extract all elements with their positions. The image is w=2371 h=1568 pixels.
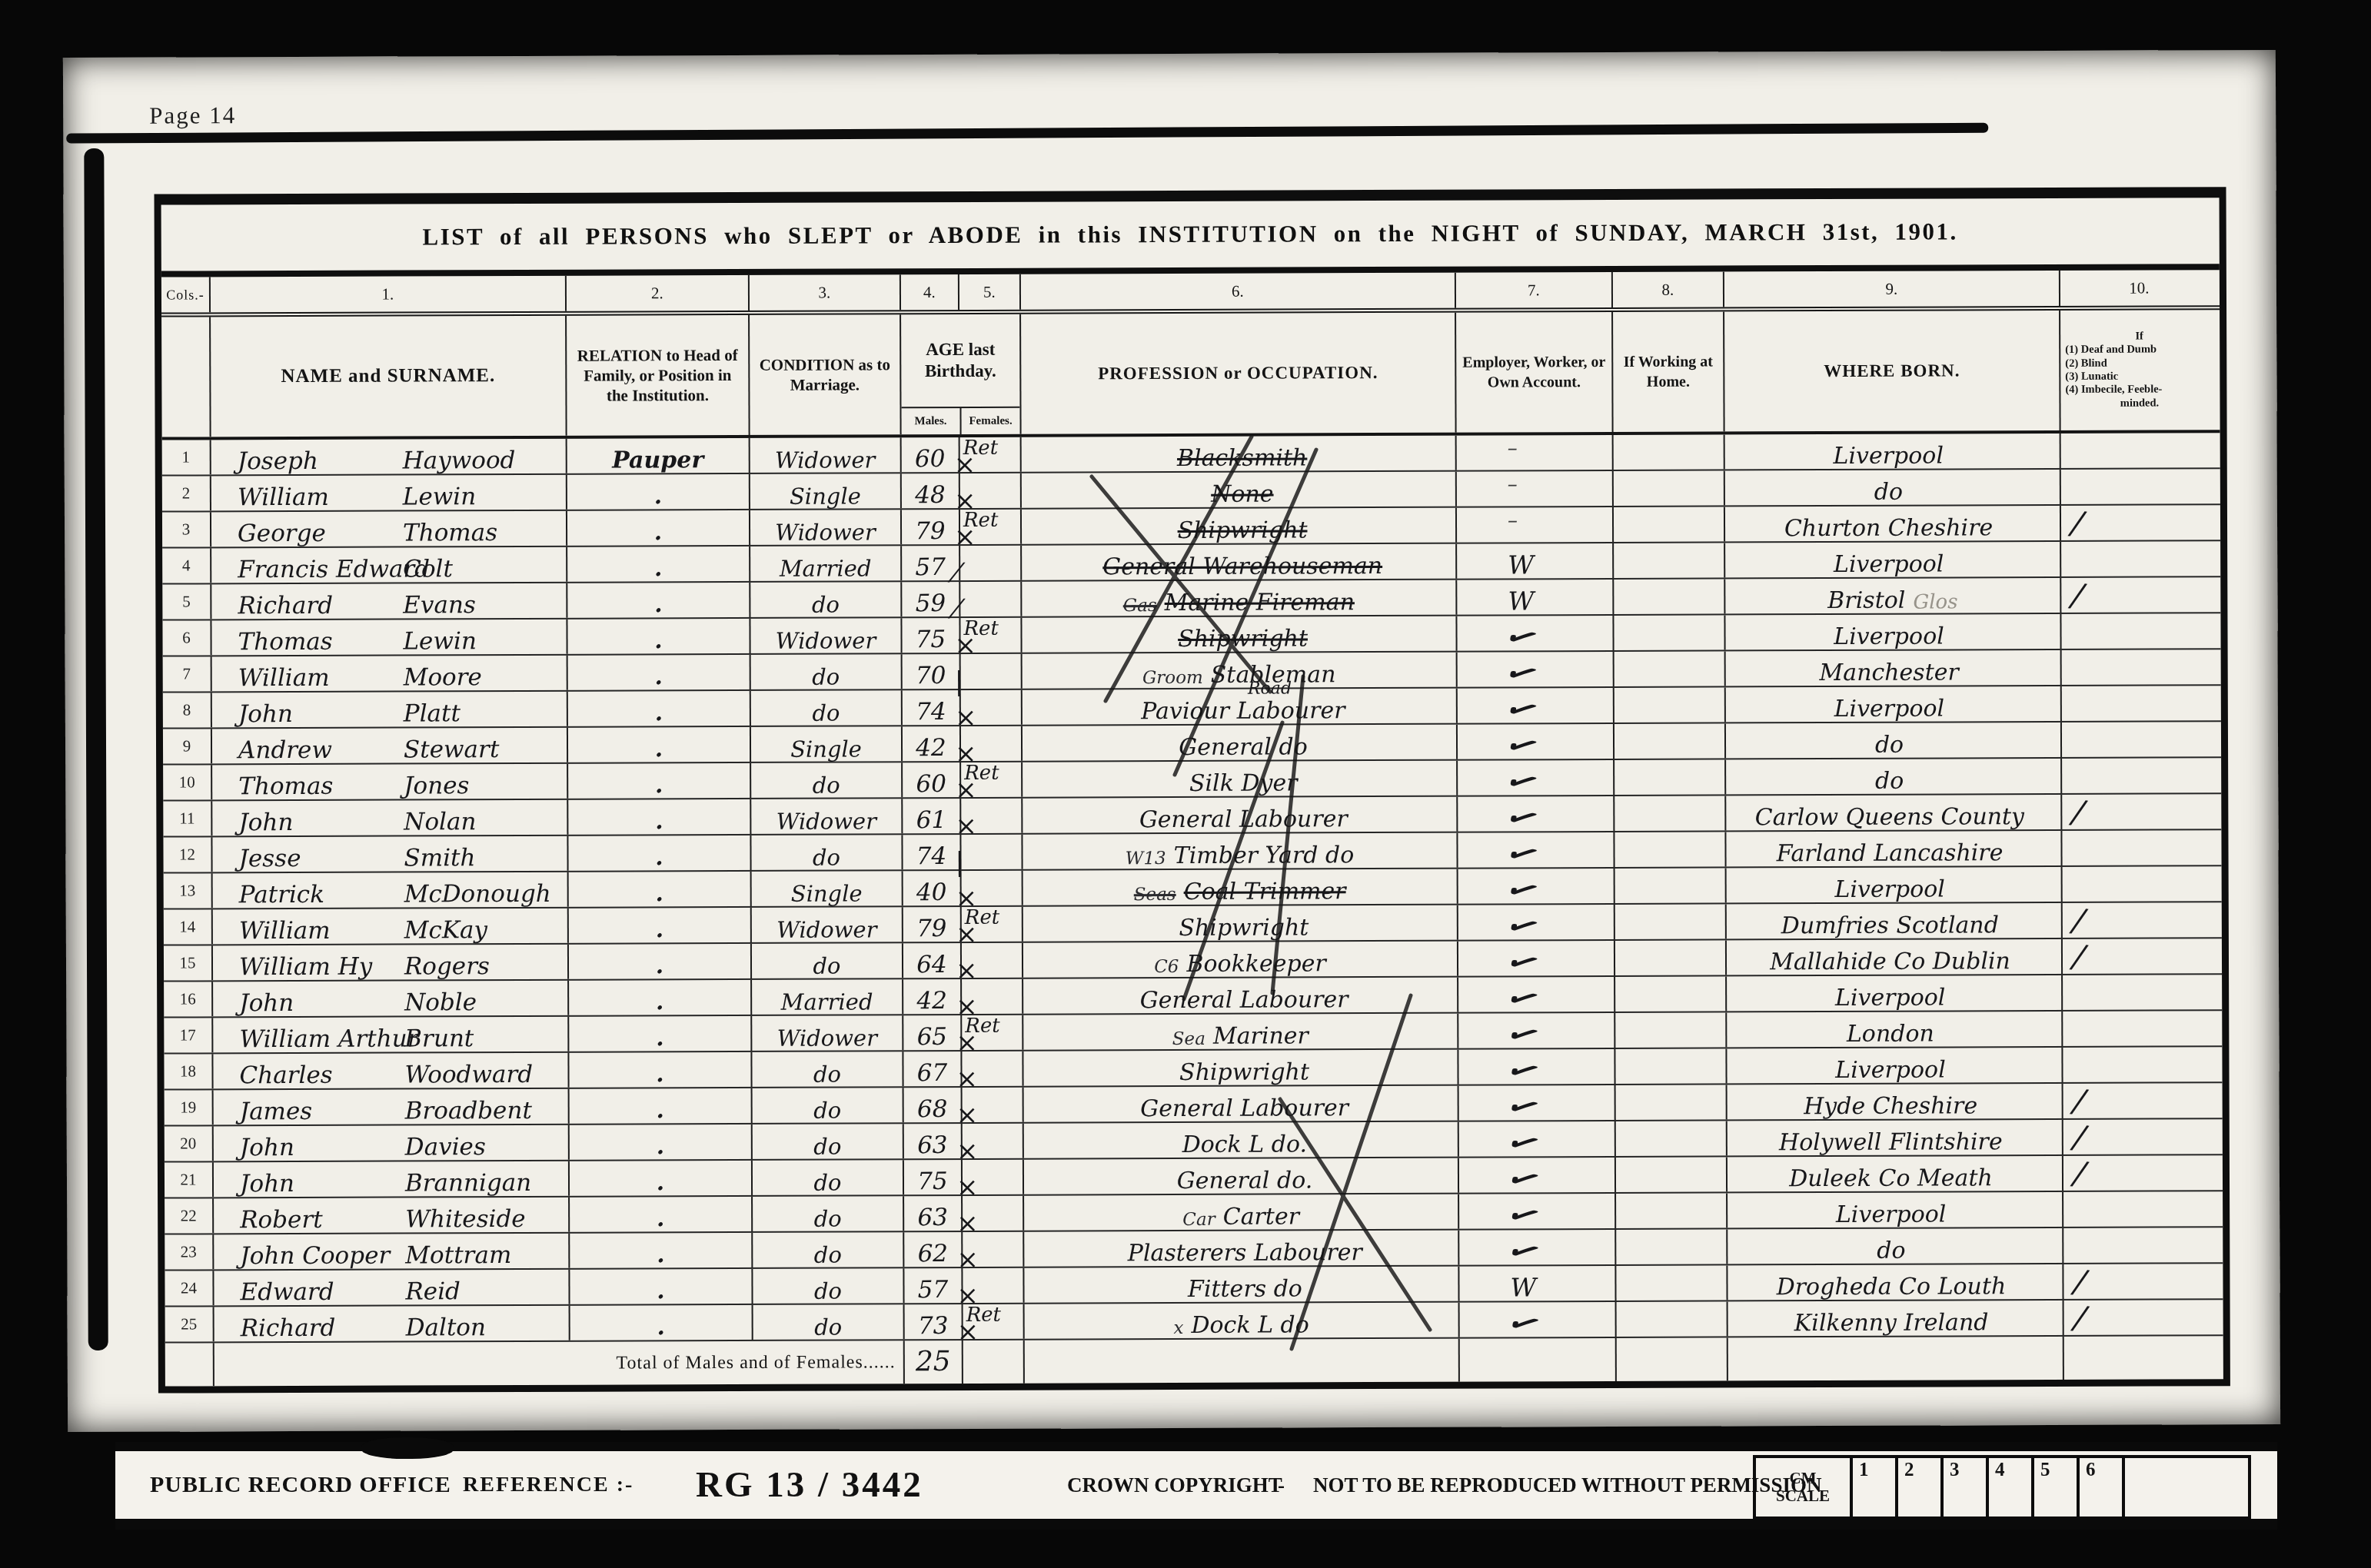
- row-number: 10: [163, 772, 211, 792]
- name-cell: Patrick McDonough: [211, 872, 567, 909]
- relation-cell: .: [567, 1052, 750, 1088]
- cm-tick: 6: [2077, 1458, 2122, 1517]
- first-name: Andrew: [238, 739, 332, 762]
- relation-cell: .: [566, 474, 749, 510]
- occupation-value: Shipwright: [1179, 916, 1309, 940]
- row-number: 23: [165, 1242, 212, 1261]
- first-name: Patrick: [239, 883, 324, 907]
- row-number: 3: [162, 520, 210, 539]
- age-value: 62: [918, 1242, 949, 1266]
- occupation-value: Shipwright: [1179, 1061, 1309, 1085]
- condition-value: do: [813, 775, 840, 797]
- where-born-value: Liverpool: [1833, 444, 1944, 468]
- relation-cell: .: [566, 619, 749, 654]
- name-cell: James Broadbent: [212, 1089, 568, 1125]
- occupation-value: General do.: [1177, 1169, 1313, 1193]
- row-number: 13: [164, 881, 211, 900]
- infirmity-cell: [2060, 469, 2219, 504]
- name-cell: Jesse Smith: [211, 836, 567, 872]
- infirmity-line: If: [2135, 330, 2143, 343]
- occupation-cell: General Warehouseman: [1020, 544, 1455, 580]
- employer-worker-cell: ✓: [1456, 796, 1613, 832]
- first-name: Richard: [241, 1317, 336, 1340]
- where-born-note: Glos: [1913, 592, 1957, 612]
- age-males-cell: 70: [901, 654, 959, 689]
- employer-worker-cell: –: [1455, 435, 1612, 470]
- employer-worker-mark: –: [1508, 438, 1518, 458]
- first-name: Joseph: [238, 450, 318, 473]
- where-born-cell: do: [1724, 759, 2060, 795]
- row-number: 18: [164, 1061, 211, 1081]
- where-born-value: Liverpool: [1836, 1203, 1947, 1227]
- occupation-cell: General Labourer: [1022, 978, 1457, 1014]
- census-table: LIST of all PERSONS who SLEPT or ABODE i…: [155, 187, 2230, 1393]
- relation-cell: .: [566, 546, 749, 582]
- enumerator-cross-mark: ×: [955, 813, 977, 839]
- row-number-cell: 2: [162, 476, 210, 510]
- infirmity-cell: [2060, 433, 2219, 468]
- occupation-prefix: Groom: [1142, 669, 1203, 687]
- occupation-cell: Sea Mariner: [1022, 1014, 1457, 1050]
- where-born-value: do: [1875, 770, 1904, 793]
- row-number-cell: 9: [163, 729, 211, 763]
- employer-worker-mark: ✓: [1501, 728, 1538, 762]
- where-born-value: do: [1874, 481, 1903, 504]
- cm-scale-label: CM SCALE: [1756, 1458, 1850, 1517]
- relation-value: .: [657, 1244, 665, 1267]
- first-name: Edward: [240, 1281, 334, 1304]
- condition-value: do: [814, 1317, 842, 1339]
- where-born-value: Manchester: [1819, 661, 1958, 685]
- row-number-cell: 22: [165, 1198, 212, 1233]
- relation-cell: .: [567, 763, 750, 799]
- row-number-cell: 15: [164, 945, 211, 980]
- microfilm-scan: Page 14 LIST of all PERSONS who SLEPT or…: [0, 0, 2371, 1568]
- page-number-label: Page 14: [149, 101, 236, 129]
- relation-value: .: [657, 1171, 665, 1194]
- working-at-home-cell: [1614, 976, 1725, 1012]
- where-born-cell: Farland Lancashire: [1724, 831, 2060, 867]
- occupation-cell: Fitters do: [1023, 1267, 1458, 1303]
- name-cell: Thomas Jones: [211, 764, 567, 800]
- name-cell: William Moore: [211, 656, 567, 692]
- age-males-cell: 73: [903, 1304, 962, 1339]
- condition-cell: do: [750, 943, 902, 978]
- where-born-cell: Kilkenny Ireland: [1727, 1301, 2063, 1337]
- occupation-prefix: Sea: [1172, 1031, 1205, 1048]
- occupation-cell: Groom Stableman: [1021, 653, 1456, 689]
- enumerator-cross-mark: ×: [956, 1247, 979, 1273]
- age-value: 75: [916, 628, 946, 652]
- enumerator-cross-mark: ×: [956, 922, 978, 948]
- working-at-home-cell: [1614, 1229, 1726, 1264]
- first-name: Thomas: [238, 630, 332, 654]
- surname: Lewin: [403, 485, 476, 509]
- condition-cell: do: [750, 690, 901, 726]
- age-males-cell: 63: [903, 1196, 961, 1231]
- row-number: 21: [165, 1170, 212, 1189]
- row-number: 17: [164, 1025, 211, 1045]
- where-born-cell: Churton Cheshire: [1724, 506, 2060, 542]
- relation-value: .: [656, 1063, 664, 1086]
- name-cell: John Brannigan: [212, 1161, 568, 1198]
- age-females-cell: Ret ×: [959, 762, 1021, 797]
- name-cell: William Lewin: [210, 475, 566, 511]
- condition-value: do: [814, 1208, 842, 1231]
- first-name: Richard: [238, 594, 333, 618]
- surname: Mottram: [405, 1244, 511, 1267]
- age-males-cell: 60: [901, 762, 959, 797]
- condition-cell: Single: [750, 871, 902, 906]
- age-males-cell: 65: [902, 1015, 960, 1050]
- surname: Smith: [404, 846, 475, 870]
- where-born-value: Holywell Flintshire: [1779, 1131, 2003, 1154]
- where-born-cell: Carlow Queens County: [1724, 795, 2060, 831]
- where-born-value: Liverpool: [1834, 697, 1945, 721]
- age-males-cell: 79: [902, 907, 960, 942]
- film-artifact: [361, 1437, 454, 1459]
- infirmity-cell: [2062, 1191, 2221, 1227]
- occupation-cell: Car Carter: [1023, 1194, 1458, 1231]
- row-number-cell: 4: [162, 548, 210, 583]
- header-condition: CONDITION as to Marriage.: [748, 314, 900, 435]
- employer-worker-cell: ✓: [1457, 1049, 1614, 1085]
- cm-tick: 2: [1895, 1458, 1940, 1517]
- infirmity-cell: /: [2063, 1300, 2222, 1335]
- age-value: 70: [916, 664, 946, 688]
- first-name: John: [238, 703, 293, 726]
- occupation-cell: Seas Coal Trimmer: [1022, 869, 1457, 905]
- surname: Reid: [405, 1280, 461, 1304]
- condition-value: Widower: [776, 630, 876, 652]
- total-males-cell: 25: [903, 1340, 962, 1384]
- relation-cell: .: [566, 510, 749, 546]
- working-at-home-cell: [1614, 1012, 1725, 1048]
- relation-cell: .: [567, 908, 750, 943]
- age-males-cell: 57: [903, 1268, 961, 1303]
- row-number: 5: [162, 592, 210, 611]
- employer-worker-cell: ✓: [1457, 977, 1614, 1012]
- first-name: John Cooper: [240, 1244, 390, 1269]
- employer-worker-cell: ✓: [1458, 1302, 1615, 1337]
- relation-value: .: [657, 1208, 665, 1231]
- relation-value: .: [654, 593, 663, 616]
- infirmity-mark: /: [2072, 1157, 2087, 1191]
- enumerator-cross-mark: ×: [954, 452, 976, 478]
- occupation-value: Plasterers Labourer: [1128, 1241, 1362, 1265]
- row-number-cell: 12: [163, 837, 211, 872]
- where-born-value: Liverpool: [1834, 625, 1944, 649]
- archive-footer-strip: PUBLIC RECORD OFFICE REFERENCE :- RG 13 …: [115, 1442, 2277, 1530]
- age-males-cell: 42: [901, 726, 959, 761]
- age-females-cell: Ret ×: [959, 437, 1020, 472]
- age-males-cell: 75: [903, 1160, 961, 1194]
- row-number: 15: [164, 953, 211, 972]
- infirmity-mark: /: [2070, 579, 2086, 613]
- condition-value: do: [812, 594, 840, 616]
- age-value: 75: [917, 1170, 948, 1194]
- condition-value: Widower: [777, 1027, 878, 1049]
- where-born-cell: London: [1725, 1012, 2061, 1048]
- infirmity-cell: /: [2060, 794, 2220, 829]
- where-born-cell: Duleek Co Meath: [1726, 1156, 2062, 1192]
- infirmity-cell: [2060, 613, 2219, 649]
- age-value: 73: [918, 1314, 949, 1338]
- condition-cell: do: [751, 1088, 903, 1123]
- total-value: 25: [916, 1348, 951, 1376]
- surname: McKay: [404, 919, 487, 942]
- row-number: 7: [163, 664, 211, 683]
- header-infirmity: If (1) Deaf and Dumb (2) Blind (3) Lunat…: [2059, 310, 2219, 430]
- age-females-cell: Ret ×: [959, 618, 1020, 653]
- working-at-home-cell: [1613, 759, 1724, 795]
- age-males-cell: 74: [901, 690, 959, 725]
- age-value: 74: [916, 700, 946, 724]
- row-number-cell: 1: [162, 440, 210, 474]
- age-value: 79: [915, 520, 946, 543]
- infirmity-line: minded.: [2120, 397, 2159, 410]
- occupation-prefix: Seas: [1134, 886, 1176, 904]
- name-cell: Joseph Haywood: [210, 439, 566, 475]
- age-males-cell: 75: [900, 618, 959, 653]
- age-males-cell: 48: [900, 473, 959, 508]
- relation-cell: .: [567, 1016, 750, 1051]
- where-born-value: Liverpool: [1834, 553, 1944, 576]
- age-value: 79: [916, 917, 947, 941]
- occupation-value: Timber Yard do: [1174, 844, 1355, 868]
- condition-value: Married: [780, 557, 872, 580]
- infirmity-line: (1) Deaf and Dumb: [2065, 344, 2157, 357]
- age-males-cell: 67: [902, 1051, 960, 1086]
- col-number-5: 5.: [958, 274, 1019, 310]
- row-number: 2: [162, 483, 210, 503]
- infirmity-mark: /: [2073, 1265, 2088, 1299]
- age-males-cell: 64: [902, 943, 960, 978]
- relation-cell: Pauper: [566, 438, 749, 473]
- total-label: Total of Males and of Females......: [214, 1352, 903, 1375]
- row-number: 11: [163, 809, 211, 828]
- gutter-shadow: [84, 148, 108, 1350]
- relation-cell: .: [567, 835, 750, 871]
- condition-value: do: [813, 847, 840, 869]
- where-born-value: London: [1847, 1023, 1934, 1046]
- condition-cell: do: [751, 1160, 903, 1195]
- age-value: 57: [918, 1278, 949, 1302]
- relation-value: Pauper: [612, 449, 703, 472]
- age-value: 42: [916, 736, 946, 760]
- enumerator-cross-mark: ×: [956, 958, 978, 984]
- working-at-home-cell: [1612, 434, 1724, 470]
- surname: McDonough: [404, 882, 551, 907]
- working-at-home-cell: [1612, 543, 1724, 578]
- occupation-prefix: W13: [1126, 850, 1166, 868]
- relation-value: .: [656, 1027, 664, 1050]
- age-value: 65: [917, 1025, 948, 1049]
- row-number: 8: [163, 700, 211, 719]
- infirmity-cell: [2060, 758, 2220, 793]
- age-males-cell: 61: [901, 799, 959, 833]
- employer-worker-mark: ✓: [1501, 836, 1538, 871]
- relation-value: .: [654, 521, 663, 544]
- condition-cell: Married: [750, 979, 902, 1015]
- occupation-cell: General Labourer: [1023, 1086, 1458, 1122]
- header-age-subrow: Males. Females.: [901, 407, 1019, 435]
- row-number-cell: 25: [165, 1307, 213, 1341]
- employer-worker-cell: W: [1458, 1266, 1614, 1301]
- condition-cell: do: [751, 1196, 903, 1231]
- age-males-cell: 62: [903, 1232, 961, 1267]
- condition-cell: Widower: [750, 907, 902, 942]
- condition-cell: do: [750, 835, 901, 870]
- occupation-value: Blacksmith: [1177, 447, 1307, 470]
- infirmity-cell: [2060, 649, 2220, 685]
- condition-cell: Married: [749, 546, 900, 581]
- surname: Woodward: [404, 1063, 533, 1088]
- cm-tick: 1: [1850, 1458, 1895, 1517]
- where-born-cell: Holywell Flintshire: [1726, 1120, 2062, 1156]
- relation-value: .: [657, 1280, 665, 1303]
- employer-worker-mark: W: [1510, 1274, 1536, 1300]
- first-name: Charles: [239, 1064, 332, 1088]
- occupation-value: Dock L do: [1191, 1314, 1309, 1337]
- row-number-cell: 16: [164, 982, 211, 1016]
- occupation-cell: Plasterers Labourer: [1023, 1231, 1458, 1267]
- row-number-cell: 14: [164, 909, 211, 944]
- age-males-cell: 57: [900, 546, 959, 580]
- copyright-label: CROWN COPYRIGHT: [1067, 1473, 1282, 1497]
- employer-worker-cell: W: [1455, 543, 1612, 579]
- condition-value: do: [813, 1136, 841, 1158]
- employer-worker-mark: –: [1508, 510, 1518, 530]
- first-name: William: [238, 666, 330, 690]
- age-females-cell: ×: [959, 690, 1021, 725]
- employer-worker-mark: ✓: [1501, 872, 1538, 907]
- relation-value: .: [655, 774, 663, 797]
- row-number: 20: [165, 1134, 212, 1153]
- cm-scale-ruler: CM SCALE 1 2 3 4 5 6: [1753, 1455, 2251, 1520]
- relation-value: .: [655, 846, 663, 869]
- age-value: 59: [916, 592, 946, 616]
- infirmity-cell: [2062, 1227, 2221, 1263]
- occupation-prefix: x: [1173, 1320, 1183, 1337]
- age-value: 64: [916, 953, 947, 977]
- where-born-cell: do: [1724, 470, 2060, 506]
- first-name: John: [238, 811, 293, 835]
- age-males-cell: 42: [902, 979, 960, 1014]
- occupation-cell: General Labourer: [1021, 797, 1456, 833]
- age-value: 63: [917, 1206, 948, 1230]
- occupation-value: None: [1211, 483, 1273, 507]
- relation-value: .: [656, 955, 664, 978]
- occupation-value: Coal Trimmer: [1184, 880, 1346, 904]
- name-cell: William McKay: [211, 909, 567, 945]
- row-number: 16: [164, 989, 211, 1008]
- occupation-value: Mariner: [1213, 1025, 1309, 1048]
- relation-cell: .: [567, 944, 750, 979]
- surname: Brunt: [404, 1027, 474, 1051]
- condition-value: do: [813, 955, 840, 978]
- where-born-value: Liverpool: [1835, 986, 1946, 1010]
- condition-cell: Single: [750, 726, 901, 762]
- working-at-home-cell: [1614, 940, 1725, 975]
- occupation-value: Bookkeeper: [1186, 952, 1325, 976]
- age-males-cell: 74: [901, 835, 959, 869]
- enumerator-cross-mark: ×: [956, 1066, 978, 1092]
- row-number-cell: 10: [163, 765, 211, 799]
- row-number-cell: 11: [163, 801, 211, 835]
- col-number-9: 9.: [1723, 271, 2059, 307]
- condition-value: Single: [790, 485, 861, 507]
- where-born-value: Dumfries Scotland: [1781, 914, 1999, 938]
- relation-cell: .: [568, 1269, 751, 1304]
- relation-cell: .: [567, 727, 750, 762]
- employer-worker-mark: ✓: [1502, 1161, 1539, 1196]
- age-females-cell: Ret ×: [960, 907, 1022, 942]
- condition-cell: Widower: [750, 799, 901, 834]
- occupation-value: General Labourer: [1140, 988, 1348, 1012]
- infirmity-mark: /: [2070, 507, 2085, 540]
- where-born-value: Kilkenny Ireland: [1794, 1311, 1989, 1335]
- condition-value: Widower: [775, 521, 876, 543]
- col-number-1: 1.: [209, 276, 565, 313]
- occupation-cell: Silk Dyer: [1021, 761, 1456, 797]
- condition-value: Widower: [776, 810, 877, 832]
- surname: Nolan: [404, 810, 476, 834]
- employer-worker-cell: ✓: [1455, 616, 1612, 651]
- row-number: 9: [163, 736, 211, 756]
- age-value: 63: [917, 1134, 948, 1158]
- condition-cell: do: [750, 762, 901, 798]
- working-at-home-cell: [1614, 1048, 1725, 1084]
- reference-label: REFERENCE :-: [463, 1473, 633, 1497]
- employer-worker-mark: ✓: [1503, 1306, 1540, 1340]
- age-females-cell: Ret ×: [959, 510, 1020, 544]
- relation-cell: .: [567, 691, 750, 726]
- occupation-cell: W13 Timber Yard do: [1021, 833, 1456, 869]
- infirmity-cell: /: [2061, 902, 2220, 938]
- working-at-home-cell: [1614, 904, 1725, 939]
- employer-worker-cell: ✓: [1457, 905, 1614, 940]
- enumerator-cross-mark: ×: [957, 1319, 979, 1345]
- occupation-value: Carter: [1223, 1205, 1299, 1228]
- occupation-cell: Dock L do.: [1023, 1122, 1458, 1158]
- condition-value: Widower: [776, 919, 877, 941]
- surname: Noble: [404, 991, 477, 1015]
- enumerator-cross-mark: ×: [955, 777, 977, 803]
- surname: Thomas: [403, 521, 497, 545]
- relation-cell: .: [569, 1305, 752, 1340]
- employer-worker-mark: ✓: [1501, 981, 1538, 1015]
- row-number: 14: [164, 917, 211, 936]
- occupation-prefix: C6: [1154, 958, 1179, 976]
- occupation-cell: None: [1020, 472, 1455, 508]
- condition-value: do: [813, 1100, 841, 1122]
- header-where-born: WHERE BORN.: [1723, 311, 2060, 432]
- occupation-value: General do: [1179, 736, 1308, 759]
- first-name: Jesse: [238, 847, 301, 871]
- employer-worker-cell: ✓: [1458, 1158, 1614, 1193]
- where-born-cell: Liverpool: [1724, 686, 2060, 723]
- where-born-cell: Liverpool: [1724, 434, 2060, 470]
- condition-cell: Single: [749, 473, 900, 509]
- relation-value: .: [657, 1316, 665, 1339]
- row-number-cell: 20: [165, 1126, 212, 1161]
- employer-worker-mark: ✓: [1501, 764, 1538, 799]
- age-value: 60: [915, 447, 946, 471]
- header-age: AGE last Birthday. Males. Females.: [900, 314, 1020, 435]
- first-name: John: [240, 1172, 294, 1196]
- working-at-home-cell: [1614, 1193, 1726, 1228]
